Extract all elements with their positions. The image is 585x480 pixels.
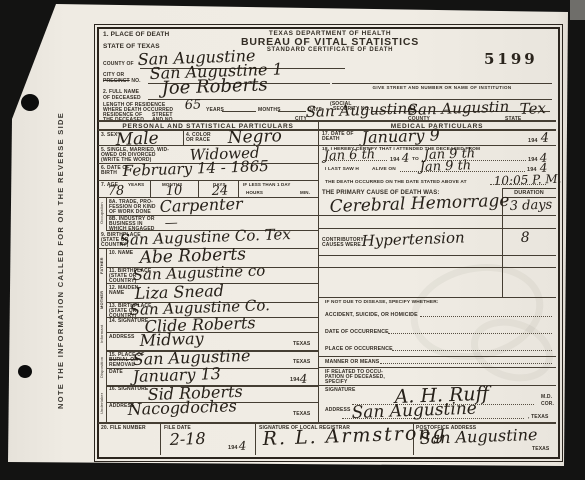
texas-label: , TEXAS (528, 414, 549, 420)
blank-line (420, 316, 552, 317)
burial-date-label: DATE (109, 369, 123, 375)
rule (106, 248, 107, 422)
printed-year: 194 (528, 157, 538, 164)
death-time-value: 10:05 P. M. (494, 172, 562, 188)
rule (106, 197, 107, 230)
year-hand: 4 (540, 131, 549, 146)
alive-on-label: ALIVE ON (372, 167, 396, 173)
city-label2: PRECINCT NO. (103, 78, 141, 84)
cor-label: COR. (541, 401, 554, 407)
res-city-value: San Augustine (305, 99, 416, 121)
if-not-due-label: IF NOT DUE TO DISEASE, SPECIFY WHETHER: (325, 300, 439, 306)
blank-line (490, 184, 546, 185)
rule (318, 367, 556, 368)
blank-line (323, 160, 387, 161)
cause-duration-value: 3 days (509, 198, 552, 214)
margin-note: NOTE THE INFORMATION CALLED FOR ON THE R… (56, 88, 68, 432)
rule (502, 188, 556, 189)
scanned-death-certificate: NOTE THE INFORMATION CALLED FOR ON THE R… (0, 0, 585, 480)
res-county-value: San Augustin (407, 97, 509, 119)
undertaker-sig-label: 16. SIGNATURE (109, 386, 148, 392)
printed-year: 194 (528, 138, 538, 145)
texas-label: TEXAS (293, 411, 310, 417)
length-residence-value: 65 (184, 97, 201, 113)
occupation-strip: Occupation (99, 198, 106, 229)
blank-line (342, 418, 524, 419)
rule (332, 83, 552, 84)
printed-year: 194 (228, 445, 238, 452)
informant-addr-value: Midway (139, 329, 204, 350)
dod-value: January 9 (361, 125, 440, 147)
rule (318, 255, 556, 256)
file-number-label: 20. FILE NUMBER (101, 425, 146, 431)
min-label: MIN. (300, 190, 310, 196)
fullname-value: Joe Roberts (161, 74, 268, 99)
last-saw-label: I LAST SAW H (325, 167, 359, 173)
date-occurrence-label: DATE OF OCCURRENCE (325, 329, 389, 336)
contributory-label2: CAUSES WERE (322, 242, 361, 248)
place-of-death-label: 1. PLACE OF DEATH (103, 31, 169, 39)
hole-punch (21, 94, 39, 111)
rule (106, 332, 318, 333)
rule (318, 356, 556, 357)
texas-label: TEXAS (532, 446, 549, 452)
death-occurred-label: THE DEATH OCCURRED ON THE DATE STATED AB… (325, 180, 467, 186)
attended-from-value: Jan 6 th (323, 147, 375, 164)
mother-strip: MOTHER (99, 284, 106, 316)
rule (98, 422, 556, 424)
hours-label: HOURS (246, 190, 263, 196)
certificate-number: 5199 (484, 50, 538, 68)
disposition-strip: Disposition (99, 351, 106, 384)
rule (160, 422, 161, 455)
informant-addr-label: ADDRESS (109, 334, 135, 340)
manner-label: MANNER OR MEANS (325, 359, 379, 366)
rule (318, 145, 556, 146)
contributory-value: Hypertension (361, 228, 465, 250)
place-occurrence-label: PLACE OF OCCURRENCE (325, 346, 393, 353)
md-label: M.D. (541, 394, 552, 400)
printed-year: 194 (290, 377, 300, 384)
father-strip: FATHER (99, 249, 106, 282)
rule (318, 297, 556, 298)
if-less-label: IF LESS THAN 1 DAY (243, 182, 291, 188)
race-label2: OR RACE (186, 137, 210, 143)
fullname-label2: OF DECEASED (103, 95, 141, 101)
hole-punch (18, 365, 32, 378)
maiden-label2: NAME (109, 290, 124, 296)
blank-line (400, 171, 525, 172)
printed-year: 194 (390, 157, 400, 164)
blank-line (380, 363, 552, 364)
texas-label: TEXAS (293, 359, 310, 365)
informant-strip: Informant (99, 318, 106, 349)
rule (98, 180, 318, 181)
rule (198, 180, 199, 197)
rule (150, 180, 151, 197)
contributory-duration-value: 8 (520, 230, 529, 246)
duration-label: DURATION (502, 190, 556, 197)
rule (318, 267, 556, 268)
to-label: TO (412, 157, 419, 163)
trade-value: Carpenter (159, 194, 243, 216)
rule (318, 215, 556, 216)
physician-sig-label: SIGNATURE (325, 387, 355, 393)
blank-line (388, 333, 552, 334)
year-hand: 4 (300, 372, 308, 386)
undertaker-strip: Undertaker (99, 386, 106, 421)
rule (222, 111, 256, 112)
age-years-label: YEARS (128, 182, 144, 188)
column-divider (318, 120, 319, 422)
rule (183, 129, 184, 145)
accident-label: ACCIDENT, SUICIDE, OR HOMICIDE (325, 312, 418, 319)
rule (278, 111, 306, 112)
texas-label: TEXAS (293, 341, 310, 347)
res-state-value: Tex (519, 99, 546, 118)
physician-addr-label: ADDRESS (325, 407, 351, 413)
rule (255, 422, 256, 455)
county-label: COUNTY OF (103, 61, 134, 67)
dod-label2: DEATH (322, 136, 340, 142)
undertaker-addr-value: Nacogdoches (127, 396, 237, 419)
blank-line (392, 350, 552, 351)
year-hand: 4 (402, 151, 410, 165)
file-date-value: 2-18 (169, 429, 206, 449)
year-hand: 4 (239, 439, 247, 453)
father-name-label: 10. NAME (109, 250, 133, 256)
scanner-gray-patch (570, 0, 585, 20)
last-saw-value: Jan 9 th (419, 158, 471, 175)
informant-sig-label: 14. SIGNATURE (109, 318, 148, 324)
street-hint: GIVE STREET AND NUMBER OR NAME OF INSTIT… (332, 85, 552, 91)
dob-label2: BIRTH (101, 170, 117, 176)
